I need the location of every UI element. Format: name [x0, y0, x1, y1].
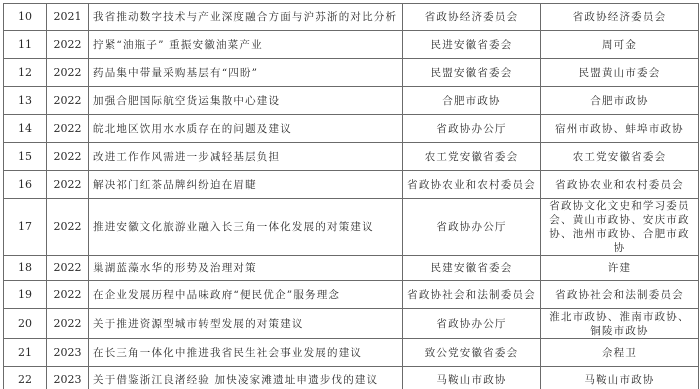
row-proposer: 民建安徽省委会: [403, 256, 541, 281]
row-proposer: 省政协经济委员会: [403, 4, 541, 31]
row-author: 许建: [541, 256, 699, 281]
row-title: 药品集中带量采购基层有“四盼”: [89, 59, 403, 87]
row-author: 民盟黄山市委会: [541, 59, 699, 87]
row-author: 省政协文化文史和学习委员会、黄山市政协、安庆市政协、池州市政协、合肥市政协: [541, 199, 699, 256]
row-proposer: 省政协办公厅: [403, 199, 541, 256]
document-sheet: 10 2021 我省推动数字技术与产业深度融合方面与沪苏浙的对比分析 省政协经济…: [3, 3, 698, 389]
row-number: 12: [4, 59, 47, 87]
row-author: 淮北市政协、淮南市政协、铜陵市政协: [541, 309, 699, 339]
row-author: 佘程卫: [541, 339, 699, 367]
row-title: 拧紧“油瓶子” 重振安徽油菜产业: [89, 31, 403, 59]
row-year: 2022: [47, 31, 89, 59]
row-proposer: 民进安徽省委会: [403, 31, 541, 59]
table-row: 11 2022 拧紧“油瓶子” 重振安徽油菜产业 民进安徽省委会 周可金: [4, 31, 699, 59]
row-year: 2023: [47, 367, 89, 389]
row-number: 21: [4, 339, 47, 367]
row-year: 2022: [47, 199, 89, 256]
row-number: 10: [4, 4, 47, 31]
table-row: 10 2021 我省推动数字技术与产业深度融合方面与沪苏浙的对比分析 省政协经济…: [4, 4, 699, 31]
row-author: 农工党安徽省委会: [541, 143, 699, 171]
table-row: 16 2022 解决祁门红茶品牌纠纷迫在眉睫 省政协农业和农村委员会 省政协农业…: [4, 171, 699, 199]
row-author: 省政协经济委员会: [541, 4, 699, 31]
row-author: 马鞍山市政协: [541, 367, 699, 389]
row-author: 周可金: [541, 31, 699, 59]
row-title: 关于借鉴浙江良渚经验 加快凌家滩遗址申遗步伐的建议: [89, 367, 403, 389]
table-row: 14 2022 皖北地区饮用水水质存在的问题及建议 省政协办公厅 宿州市政协、蚌…: [4, 115, 699, 143]
row-title: 推进安徽文化旅游业融入长三角一体化发展的对策建议: [89, 199, 403, 256]
table-row: 21 2023 在长三角一体化中推进我省民生社会事业发展的建议 致公党安徽省委会…: [4, 339, 699, 367]
row-proposer: 农工党安徽省委会: [403, 143, 541, 171]
row-year: 2022: [47, 171, 89, 199]
row-author: 合肥市政协: [541, 87, 699, 115]
row-author: 省政协农业和农村委员会: [541, 171, 699, 199]
table-row: 13 2022 加强合肥国际航空货运集散中心建设 合肥市政协 合肥市政协: [4, 87, 699, 115]
row-year: 2022: [47, 281, 89, 309]
table-row: 18 2022 巢湖蓝藻水华的形势及治理对策 民建安徽省委会 许建: [4, 256, 699, 281]
table-row: 15 2022 改进工作作风需进一步减轻基层负担 农工党安徽省委会 农工党安徽省…: [4, 143, 699, 171]
row-title: 我省推动数字技术与产业深度融合方面与沪苏浙的对比分析: [89, 4, 403, 31]
row-proposer: 省政协农业和农村委员会: [403, 171, 541, 199]
row-year: 2022: [47, 256, 89, 281]
row-title: 关于推进资源型城市转型发展的对策建议: [89, 309, 403, 339]
row-number: 22: [4, 367, 47, 389]
proposals-table: 10 2021 我省推动数字技术与产业深度融合方面与沪苏浙的对比分析 省政协经济…: [3, 3, 699, 389]
row-proposer: 致公党安徽省委会: [403, 339, 541, 367]
row-title: 巢湖蓝藻水华的形势及治理对策: [89, 256, 403, 281]
row-number: 15: [4, 143, 47, 171]
row-number: 11: [4, 31, 47, 59]
row-year: 2022: [47, 87, 89, 115]
table-row: 20 2022 关于推进资源型城市转型发展的对策建议 省政协办公厅 淮北市政协、…: [4, 309, 699, 339]
row-number: 20: [4, 309, 47, 339]
row-number: 13: [4, 87, 47, 115]
row-year: 2022: [47, 59, 89, 87]
row-proposer: 民盟安徽省委会: [403, 59, 541, 87]
row-proposer: 马鞍山市政协: [403, 367, 541, 389]
row-year: 2022: [47, 143, 89, 171]
row-number: 17: [4, 199, 47, 256]
table-row: 17 2022 推进安徽文化旅游业融入长三角一体化发展的对策建议 省政协办公厅 …: [4, 199, 699, 256]
table-row: 19 2022 在企业发展历程中品味政府“便民优企”服务理念 省政协社会和法制委…: [4, 281, 699, 309]
row-number: 19: [4, 281, 47, 309]
table-row: 12 2022 药品集中带量采购基层有“四盼” 民盟安徽省委会 民盟黄山市委会: [4, 59, 699, 87]
row-title: 加强合肥国际航空货运集散中心建设: [89, 87, 403, 115]
row-year: 2021: [47, 4, 89, 31]
row-title: 改进工作作风需进一步减轻基层负担: [89, 143, 403, 171]
row-proposer: 合肥市政协: [403, 87, 541, 115]
row-number: 14: [4, 115, 47, 143]
row-proposer: 省政协办公厅: [403, 309, 541, 339]
row-title: 在长三角一体化中推进我省民生社会事业发展的建议: [89, 339, 403, 367]
row-year: 2022: [47, 115, 89, 143]
row-author: 省政协社会和法制委员会: [541, 281, 699, 309]
row-proposer: 省政协社会和法制委员会: [403, 281, 541, 309]
row-title: 在企业发展历程中品味政府“便民优企”服务理念: [89, 281, 403, 309]
table-row: 22 2023 关于借鉴浙江良渚经验 加快凌家滩遗址申遗步伐的建议 马鞍山市政协…: [4, 367, 699, 389]
row-proposer: 省政协办公厅: [403, 115, 541, 143]
row-title: 解决祁门红茶品牌纠纷迫在眉睫: [89, 171, 403, 199]
row-number: 18: [4, 256, 47, 281]
row-number: 16: [4, 171, 47, 199]
row-author: 宿州市政协、蚌埠市政协: [541, 115, 699, 143]
row-year: 2023: [47, 339, 89, 367]
row-title: 皖北地区饮用水水质存在的问题及建议: [89, 115, 403, 143]
row-year: 2022: [47, 309, 89, 339]
